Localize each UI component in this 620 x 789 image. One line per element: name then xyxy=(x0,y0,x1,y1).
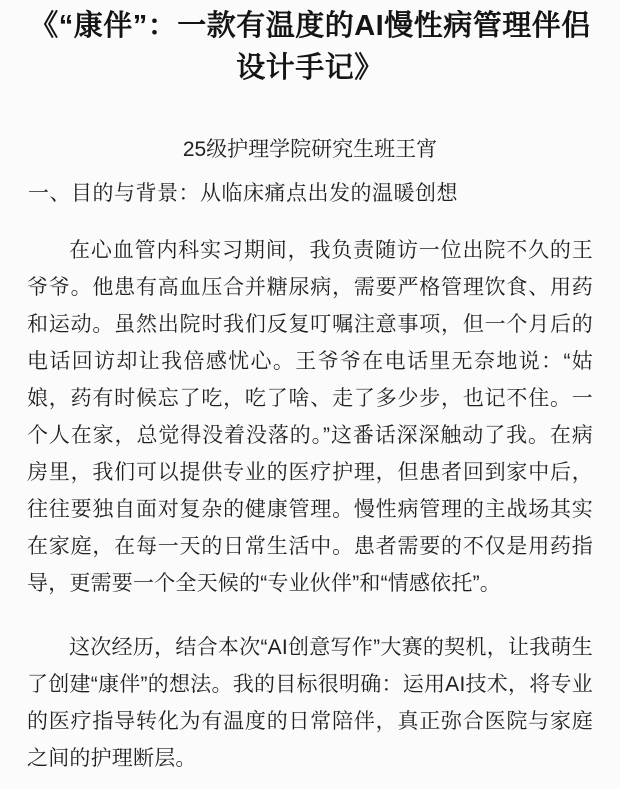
paragraph-2: 这次经历，结合本次“AI创意写作”大赛的契机，让我萌生了创建“康伴”的想法。我的… xyxy=(0,629,620,777)
section-heading: 一、目的与背景：从临床痛点出发的温暖创想 xyxy=(0,181,620,206)
document-page: 《“康伴”：一款有温度的AI慢性病管理伴侣设计手记》 25级护理学院研究生班王宵… xyxy=(0,0,620,789)
document-byline: 25级护理学院研究生班王宵 xyxy=(0,137,620,162)
paragraph-1: 在心血管内科实习期间，我负责随访一位出院不久的王爷爷。他患有高血压合并糖尿病，需… xyxy=(0,232,620,602)
document-title: 《“康伴”：一款有温度的AI慢性病管理伴侣设计手记》 xyxy=(0,0,620,89)
